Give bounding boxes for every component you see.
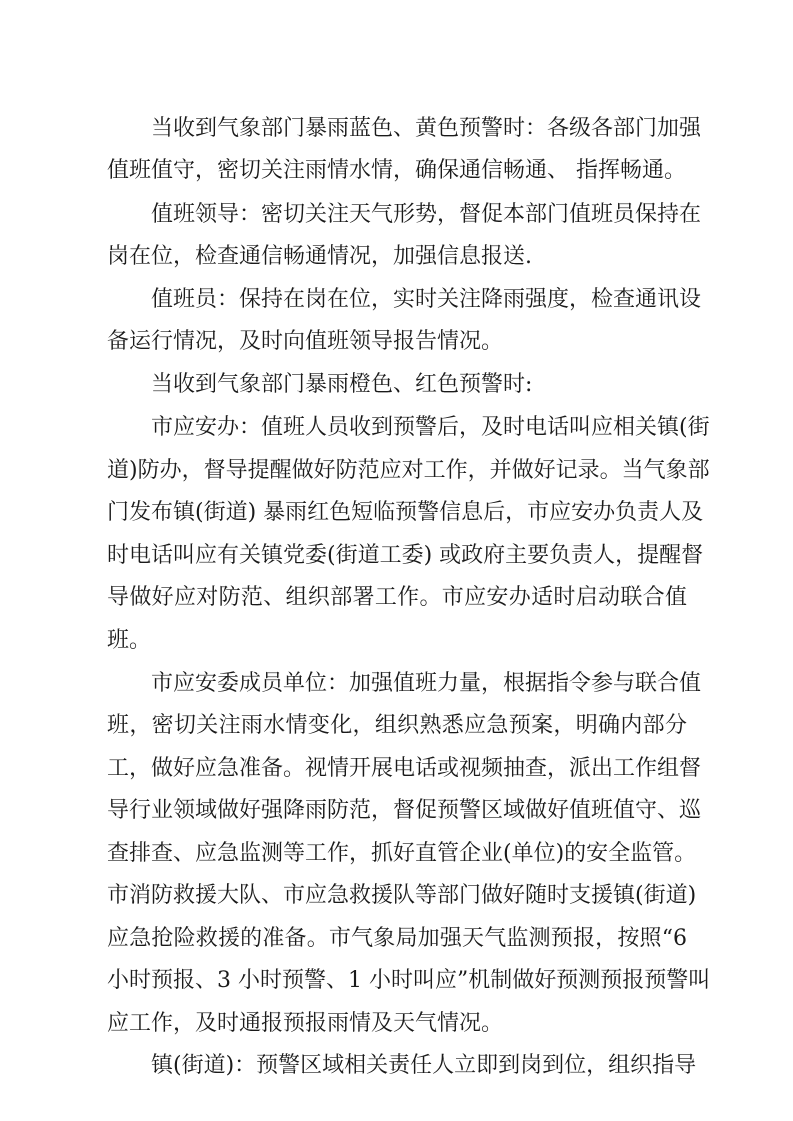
text-line: 值班员：保持在岗在位，实时关注降雨强度，检查通讯设 (151, 287, 687, 313)
text-line: 班。 (107, 628, 687, 654)
text-line: 时电话叫应有关镇党委(街道工委) 或政府主要负责人，提醒督 (107, 543, 687, 569)
text-line: 市消防救援大队、市应急救援队等部门做好随时支援镇(街道) (107, 883, 687, 909)
page-number: 17 (0, 1058, 793, 1074)
text-line: 岗在位，检查通信畅通情况，加强信息报送. (107, 244, 687, 270)
text-line: 市应安办：值班人员收到预警后，及时电话叫应相关镇(街 (151, 415, 687, 441)
text-line: 值班值守，密切关注雨情水情，确保通信畅通、 指挥畅通。 (107, 158, 687, 184)
text-line: 查排查、应急监测等工作，抓好直管企业(单位)的安全监管。 (107, 841, 687, 867)
text-line: 门发布镇(街道) 暴雨红色短临预警信息后，市应安办负责人及 (107, 500, 687, 526)
document-page: 当收到气象部门暴雨蓝色、黄色预警时：各级各部门加强值班值守，密切关注雨情水情，确… (0, 0, 793, 1121)
text-line: 班，密切关注雨水情变化，组织熟悉应急预案，明确内部分 (107, 713, 687, 739)
text-line: 市应安委成员单位：加强值班力量，根据指令参与联合值 (151, 671, 687, 697)
text-line: 当收到气象部门暴雨蓝色、黄色预警时：各级各部门加强 (151, 116, 687, 142)
text-line: 备运行情况，及时向值班领导报告情况。 (107, 329, 687, 355)
text-line: 道)防办，督导提醒做好防范应对工作，并做好记录。当气象部 (107, 458, 687, 484)
text-line: 工，做好应急准备。视情开展电话或视频抽查，派出工作组督 (107, 756, 687, 782)
text-line: 当收到气象部门暴雨橙色、红色预警时: (151, 372, 687, 398)
text-line: 导做好应对防范、组织部署工作。市应安办适时启动联合值 (107, 585, 687, 611)
text-line: 导行业领域做好强降雨防范，督促预警区域做好值班值守、巡 (107, 798, 687, 824)
text-line: 应工作，及时通报预报雨情及天气情况。 (107, 1011, 687, 1037)
text-line: 应急抢险救援的准备。市气象局加强天气监测预报，按照“6 (107, 926, 687, 952)
text-line: 小时预报、3 小时预警、1 小时叫应”机制做好预测预报预警叫 (107, 968, 687, 994)
text-line: 值班领导：密切关注天气形势，督促本部门值班员保持在 (151, 202, 687, 228)
